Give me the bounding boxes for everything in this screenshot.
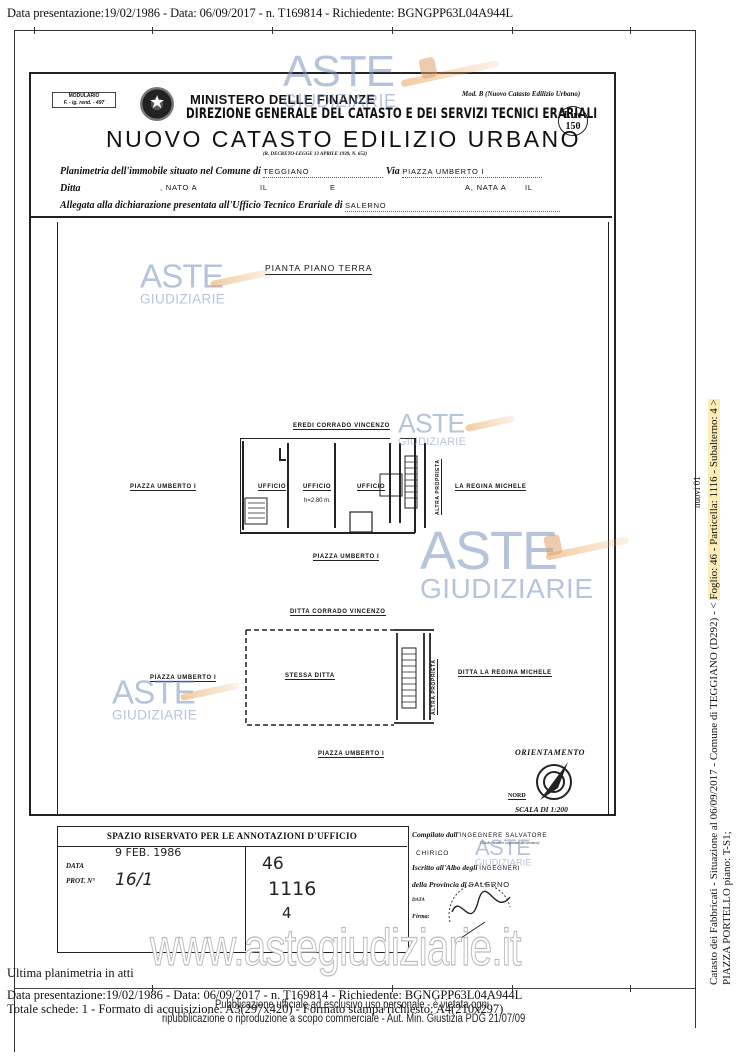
orientation-label: ORIENTAMENTO bbox=[515, 748, 585, 757]
via-label: Via bbox=[386, 166, 400, 177]
side-line1-highlight: Foglio: 46 - Particella: 1116 - Subalter… bbox=[708, 399, 720, 599]
outer-frame-left bbox=[14, 30, 15, 1052]
stamp-date: 9 FEB. 1986 bbox=[115, 846, 181, 859]
site-watermark: www.astegiudiziarie.it bbox=[150, 918, 521, 978]
ufficio-value: SALERNO bbox=[345, 201, 386, 210]
watermark-sub: GIUDIZIARIE bbox=[420, 576, 594, 602]
room-label: UFFICIO bbox=[357, 484, 385, 491]
decree-reference: (R. DECRETO-LEGGE 13 APRILE 1939, N. 652… bbox=[263, 152, 367, 157]
ditta-line: Ditta , NATO A IL E A, NATA A IL bbox=[60, 183, 600, 194]
height-note: h=2.80 m. bbox=[304, 498, 331, 504]
frame-tick bbox=[152, 27, 153, 34]
side-line1-a: Catasto dei Fabbricati - Situazione al 0… bbox=[708, 600, 720, 985]
publication-note: Pubblicazione ufficiale ad esclusivo uso… bbox=[215, 999, 489, 1011]
modulario-label: MODULARIO bbox=[53, 93, 115, 100]
aste-watermark: ASTE GIUDIZIARIE bbox=[475, 838, 532, 867]
handwritten-note: 46 bbox=[262, 854, 284, 874]
price-label: Lire bbox=[559, 110, 587, 121]
ditta-label: Ditta bbox=[60, 183, 81, 194]
via-field: PIAZZA UMBERTO I bbox=[402, 166, 542, 178]
watermark-brand: ASTE bbox=[283, 52, 397, 92]
planimetria-line: Planimetria dell'immobile situato nel Co… bbox=[60, 166, 542, 178]
watermark-brand: ASTE bbox=[475, 838, 532, 858]
header-request-info: Data presentazione:19/02/1986 - Data: 06… bbox=[7, 6, 513, 21]
star-icon: ★ bbox=[149, 92, 165, 113]
via-value: PIAZZA UMBERTO I bbox=[402, 167, 484, 176]
plan-title: PIANTA PIANO TERRA bbox=[265, 263, 372, 275]
annot-data-label: DATA bbox=[66, 862, 84, 870]
compiler-surname: CHIRICO bbox=[416, 850, 449, 857]
scale-label: SCALA DI 1:200 bbox=[515, 805, 568, 814]
document-title: NUOVO CATASTO EDILIZIO URBANO bbox=[106, 126, 581, 153]
watermark-sub: GIUDIZIARIE bbox=[475, 858, 532, 867]
side-overwrite-note: nuovi 01 bbox=[692, 476, 702, 508]
upper-floor-plan bbox=[244, 628, 444, 728]
side-line2: PIAZZA PORTELLO piano: T-S1; bbox=[721, 399, 734, 985]
frame-tick bbox=[34, 27, 35, 34]
ditta-fragment: , NATO A bbox=[160, 183, 197, 192]
planimetria-label: Planimetria dell'immobile situato nel Co… bbox=[60, 166, 261, 177]
watermark-sub: GIUDIZIARIE bbox=[283, 92, 397, 110]
watermark-sub: GIUDIZIARIE bbox=[112, 708, 197, 722]
frame-tick bbox=[392, 27, 393, 34]
ufficio-field: SALERNO bbox=[345, 200, 560, 212]
compiler-data-label: DATA bbox=[412, 898, 425, 903]
last-plan-note: Ultima planimetria in atti bbox=[7, 966, 134, 981]
upper-north-label: DITTA CORRADO VINCENZO bbox=[290, 609, 386, 616]
ground-north-label: EREDI CORRADO VINCENZO bbox=[293, 423, 390, 430]
compass-icon bbox=[532, 758, 578, 804]
room-label: UFFICIO bbox=[258, 484, 286, 491]
side-line1: Catasto dei Fabbricati - Situazione al 0… bbox=[708, 399, 721, 985]
allegata-line: Allegata alla dichiarazione presentata a… bbox=[60, 200, 560, 212]
frame-tick bbox=[512, 27, 513, 34]
frame-tick bbox=[272, 27, 273, 34]
ground-east-label: LA REGINA MICHELE bbox=[455, 484, 526, 491]
side-property-label: ALTRA PROPRIETA bbox=[435, 459, 442, 515]
prot-number: 16/1 bbox=[115, 870, 153, 890]
handwritten-note: 1116 bbox=[268, 878, 316, 900]
model-label: Mod. B (Nuovo Catasto Edilizio Urbano) bbox=[462, 90, 580, 98]
side-cadastral-info: Catasto dei Fabbricati - Situazione al 0… bbox=[708, 399, 734, 985]
comune-field: TEGGIANO bbox=[263, 166, 383, 178]
annotations-header: SPAZIO RISERVATO PER LE ANNOTAZIONI D'UF… bbox=[57, 826, 407, 847]
watermark-sub: GIUDIZIARIE bbox=[140, 292, 225, 306]
ditta-fragment: IL bbox=[260, 183, 268, 192]
ditta-fragment: E bbox=[330, 183, 336, 192]
comune-value: TEGGIANO bbox=[263, 167, 309, 176]
allegata-label: Allegata alla dichiarazione presentata a… bbox=[60, 200, 343, 211]
frame-tick bbox=[630, 985, 631, 992]
north-label: NORD bbox=[508, 793, 526, 800]
room-label: UFFICIO bbox=[303, 484, 331, 491]
ditta-fragment: IL bbox=[525, 183, 533, 192]
ground-west-label: PIAZZA UMBERTO I bbox=[130, 484, 196, 491]
modulario-box: MODULARIO F. - ig. rend. - 497 bbox=[52, 92, 116, 108]
upper-side-property-label: ALTRA PROPRIETA bbox=[431, 659, 438, 715]
iscritto-label: Iscritto all'Albo degli bbox=[412, 863, 477, 872]
publication-note: ripubblicazione o riproduzione a scopo c… bbox=[162, 1013, 525, 1025]
watermark-brand: ASTE bbox=[398, 412, 466, 436]
aste-watermark: ASTE GIUDIZIARIE bbox=[420, 526, 594, 602]
modulario-code: F. - ig. rend. - 497 bbox=[53, 100, 115, 107]
aste-watermark: ASTE GIUDIZIARIE bbox=[283, 52, 397, 110]
frame-tick bbox=[630, 27, 631, 34]
aste-watermark: ASTE GIUDIZIARIE bbox=[398, 412, 466, 447]
compilato-label: Compilato dall' bbox=[412, 830, 460, 839]
watermark-sub: GIUDIZIARIE bbox=[398, 436, 466, 447]
header-separator bbox=[29, 216, 612, 218]
upper-south-label: PIAZZA UMBERTO I bbox=[318, 751, 384, 758]
ground-south-label: PIAZZA UMBERTO I bbox=[313, 554, 379, 561]
ditta-fragment: A, NATA A bbox=[465, 183, 507, 192]
upper-east-label: DITTA LA REGINA MICHELE bbox=[458, 670, 552, 677]
annot-prot-label: PROT. N° bbox=[66, 877, 95, 885]
